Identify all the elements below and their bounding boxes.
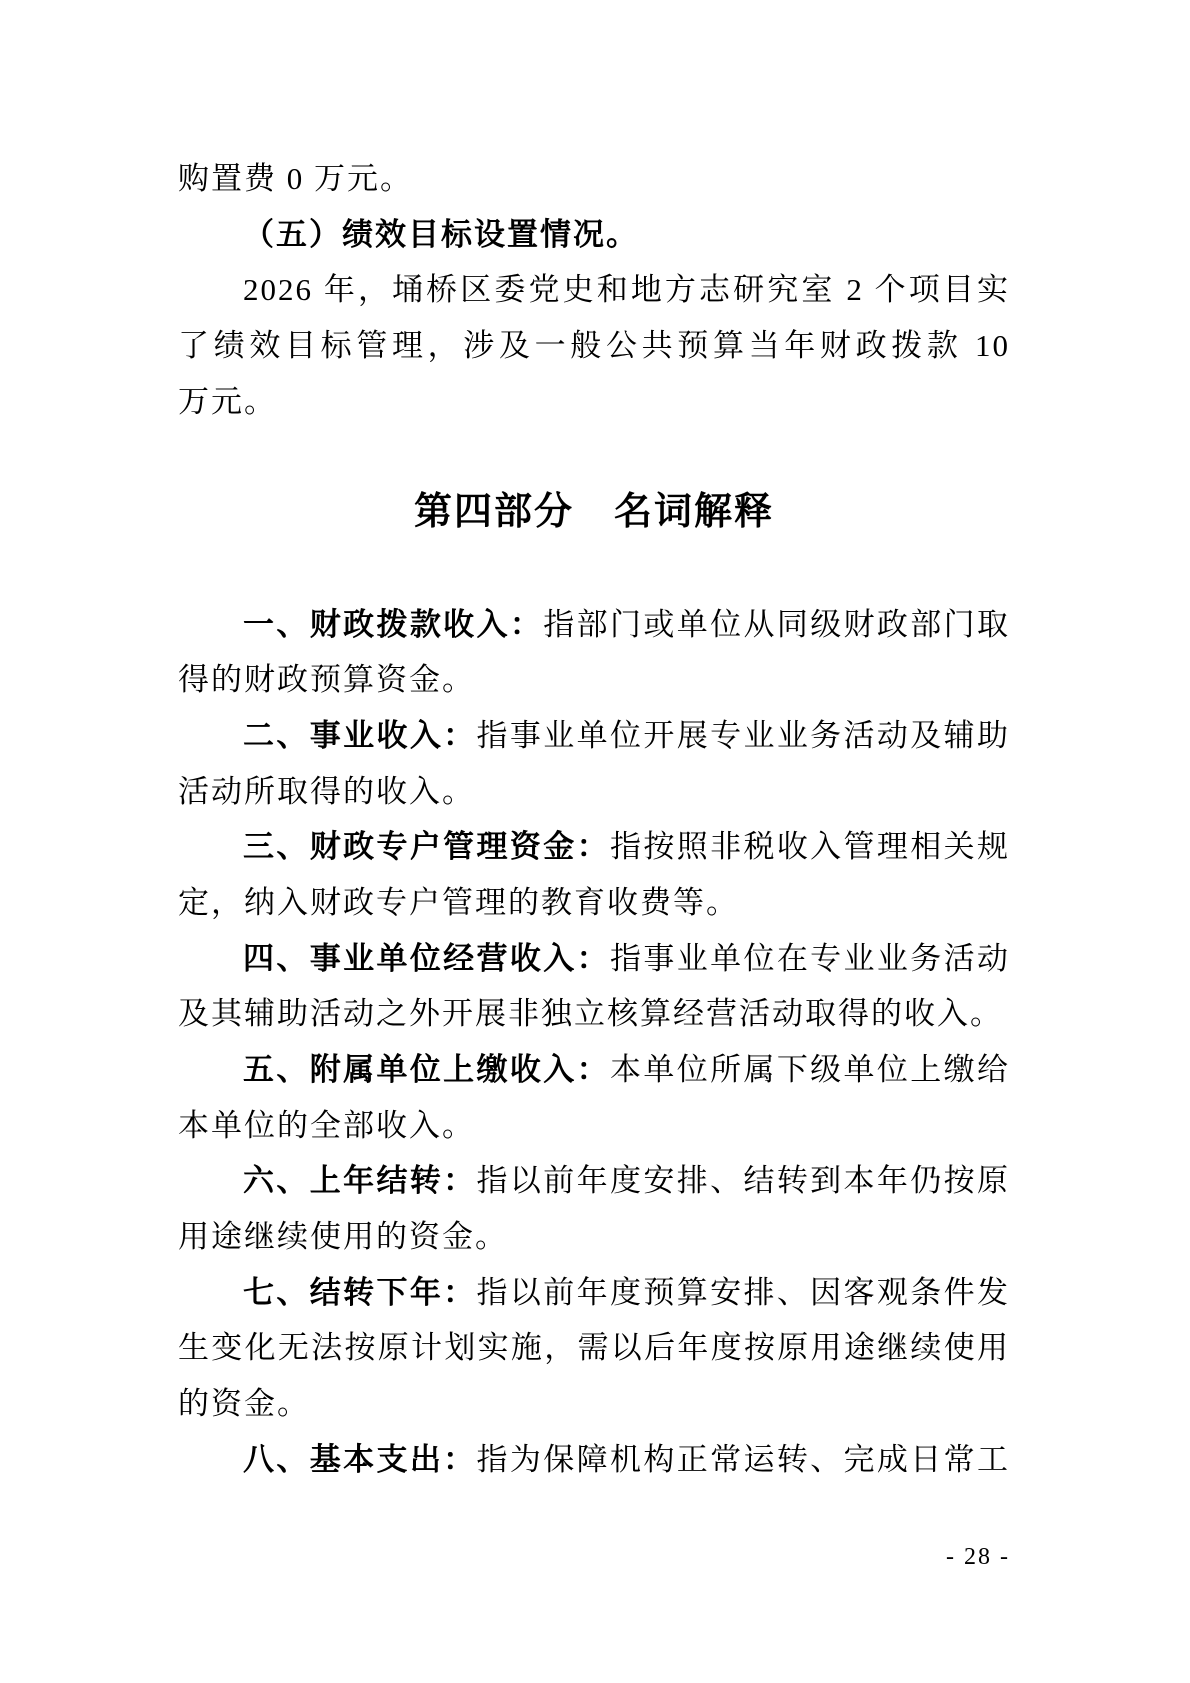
text-run: 用途继续使用的资金。 — [178, 1219, 508, 1254]
text-line: 七、结转下年：指以前年度预算安排、因客观条件发 — [178, 1265, 1010, 1321]
text-line: 本单位的全部收入。 — [178, 1098, 1010, 1154]
text-run: 的资金。 — [178, 1386, 310, 1421]
text-line: 生变化无法按原计划实施，需以后年度按原用途继续使用 — [178, 1320, 1010, 1376]
text-run: 指部门或单位从同级财政部门取 — [543, 607, 1010, 642]
text-run: 指事业单位开展专业业务活动及辅助 — [477, 718, 1010, 753]
bold-run: 六、上年结转： — [243, 1163, 477, 1198]
text-run: 2026 年，埇桥区委党史和地方志研究室 2 个项目实行 — [178, 272, 1010, 318]
document-page: 购置费 0 万元。（五）绩效目标设置情况。2026 年，埇桥区委党史和地方志研究… — [0, 0, 1190, 1683]
text-line: 购置费 0 万元。 — [178, 151, 1010, 207]
page-number: - 28 - — [946, 1544, 1010, 1571]
text-run: 指以前年度安排、结转到本年仍按原 — [477, 1163, 1010, 1198]
text-line: 用途继续使用的资金。 — [178, 1209, 1010, 1265]
text-run: 本单位所属下级单位上缴给 — [610, 1052, 1010, 1087]
text-run: 万元。 — [178, 384, 277, 419]
text-run: 本单位的全部收入。 — [178, 1108, 475, 1143]
text-line: 得的财政预算资金。 — [178, 652, 1010, 708]
text-line: 活动所取得的收入。 — [178, 764, 1010, 820]
text-line: 六、上年结转：指以前年度安排、结转到本年仍按原 — [178, 1153, 1010, 1209]
text-line: 二、事业收入：指事业单位开展专业业务活动及辅助 — [178, 708, 1010, 764]
text-run: 指为保障机构正常运转、完成日常工 — [477, 1442, 1010, 1477]
bold-run: 七、结转下年： — [243, 1275, 477, 1310]
text-line: 三、财政专户管理资金：指按照非税收入管理相关规 — [178, 819, 1010, 875]
text-run: 了绩效目标管理，涉及一般公共预算当年财政拨款 10 — [178, 328, 1010, 363]
section-title: 第四部分 名词解释 — [178, 485, 1010, 541]
text-run: 定，纳入财政专户管理的教育收费等。 — [178, 885, 739, 920]
text-run: 及其辅助活动之外开展非独立核算经营活动取得的收入。 — [178, 996, 1003, 1031]
text-line: 万元。 — [178, 374, 1010, 430]
text-run: 指以前年度预算安排、因客观条件发 — [477, 1275, 1010, 1310]
text-run: 指事业单位在专业业务活动 — [610, 941, 1010, 976]
bold-run: 五、附属单位上缴收入： — [243, 1052, 610, 1087]
bold-run: 第四部分 名词解释 — [414, 491, 774, 533]
text-line: （五）绩效目标设置情况。 — [178, 207, 1010, 263]
text-run: 活动所取得的收入。 — [178, 774, 475, 809]
text-run: 得的财政预算资金。 — [178, 662, 475, 697]
bold-run: 八、基本支出： — [243, 1442, 477, 1477]
text-line: 2026 年，埇桥区委党史和地方志研究室 2 个项目实行 — [178, 262, 1010, 318]
text-run: 生变化无法按原计划实施，需以后年度按原用途继续使用 — [178, 1330, 1010, 1365]
text-line: 了绩效目标管理，涉及一般公共预算当年财政拨款 10 — [178, 318, 1010, 374]
bold-run: 一、财政拨款收入： — [243, 607, 543, 642]
text-line: 四、事业单位经营收入：指事业单位在专业业务活动 — [178, 931, 1010, 987]
text-line: 一、财政拨款收入：指部门或单位从同级财政部门取 — [178, 597, 1010, 653]
text-run: 购置费 0 万元。 — [178, 161, 413, 196]
bold-run: 三、财政专户管理资金： — [243, 829, 610, 864]
bold-run: 四、事业单位经营收入： — [243, 941, 610, 976]
document-body: 购置费 0 万元。（五）绩效目标设置情况。2026 年，埇桥区委党史和地方志研究… — [178, 151, 1010, 1488]
bold-run: 二、事业收入： — [243, 718, 477, 753]
text-line: 定，纳入财政专户管理的教育收费等。 — [178, 875, 1010, 931]
text-line: 的资金。 — [178, 1376, 1010, 1432]
text-run: 指按照非税收入管理相关规 — [610, 829, 1010, 864]
text-line: 及其辅助活动之外开展非独立核算经营活动取得的收入。 — [178, 986, 1010, 1042]
text-line: 八、基本支出：指为保障机构正常运转、完成日常工 — [178, 1432, 1010, 1488]
text-line: 五、附属单位上缴收入：本单位所属下级单位上缴给 — [178, 1042, 1010, 1098]
bold-run: （五）绩效目标设置情况。 — [243, 217, 639, 252]
